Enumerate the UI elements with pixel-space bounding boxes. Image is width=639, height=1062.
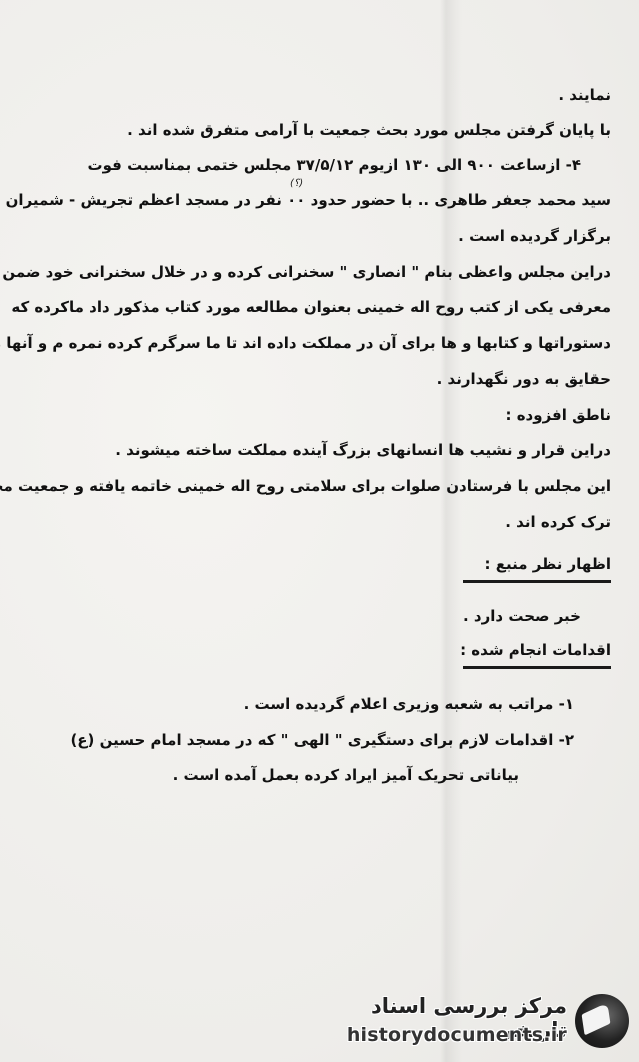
doc-line-13: ترک کرده اند . xyxy=(505,512,611,532)
action-item-2-continued: بیاناتی تحریک آمیز ایراد کرده بعمل آمده … xyxy=(173,765,519,785)
doc-line-7: معرفی یکی از کتب روح اله خمینی بعنوان مط… xyxy=(11,297,611,317)
doc-line-11: دراین قرار و نشیب ها انسانهای بزرگ آینده… xyxy=(115,440,611,460)
doc-line-3-item-4: ۴- ازساعت ۹۰۰ الی ۱۳۰ ازیوم ۳۷/۵/۱۲ مجلس… xyxy=(88,155,581,175)
action-item-2: ۲- اقدامات لازم برای دستگیری " الهی " که… xyxy=(70,730,574,750)
source-opinion-heading-underline xyxy=(463,580,611,583)
doc-line-9: حقایق به دور نگهدارند . xyxy=(437,369,611,389)
doc-line-12: این مجلس با فرستادن صلوات برای سلامتی رو… xyxy=(0,476,611,496)
folded-document-circle-icon xyxy=(575,994,629,1048)
watermark-site: historydocuments.ir xyxy=(347,1024,567,1046)
watermark: مرکز بررسی اسناد تاریخی historydocuments… xyxy=(339,992,629,1052)
doc-line-1: نمایند . xyxy=(558,85,611,105)
doc-line-6: دراین مجلس واعظی بنام " انصاری " سخنرانی… xyxy=(2,262,611,282)
doc-line-8: دستوراتها و کتابها و ها برای آن در مملکت… xyxy=(0,333,611,353)
source-opinion-heading: اظهار نظر منبع : xyxy=(485,554,611,574)
doc-line-4: سید محمد جعفر طاهری .. با حضور حدود ۰۰ ن… xyxy=(6,190,611,210)
source-opinion-text: خبر صحت دارد . xyxy=(463,606,581,626)
actions-heading: اقدامات انجام شده : xyxy=(460,640,611,660)
doc-line-5: برگزار گردیده است . xyxy=(458,226,611,246)
interlinear-handwritten-note: (؟) xyxy=(290,178,303,189)
doc-line-10-speaker-added: ناطق افزوده : xyxy=(505,405,611,425)
action-item-1: ۱- مراتب به شعبه وزیری اعلام گردیده است … xyxy=(244,694,574,714)
scanned-document-page: نمایند . با پایان گرفتن مجلس مورد بحث جم… xyxy=(0,0,639,1062)
doc-line-2: با پایان گرفتن مجلس مورد بحث جمعیت با آر… xyxy=(127,120,611,140)
actions-heading-underline xyxy=(463,666,611,669)
